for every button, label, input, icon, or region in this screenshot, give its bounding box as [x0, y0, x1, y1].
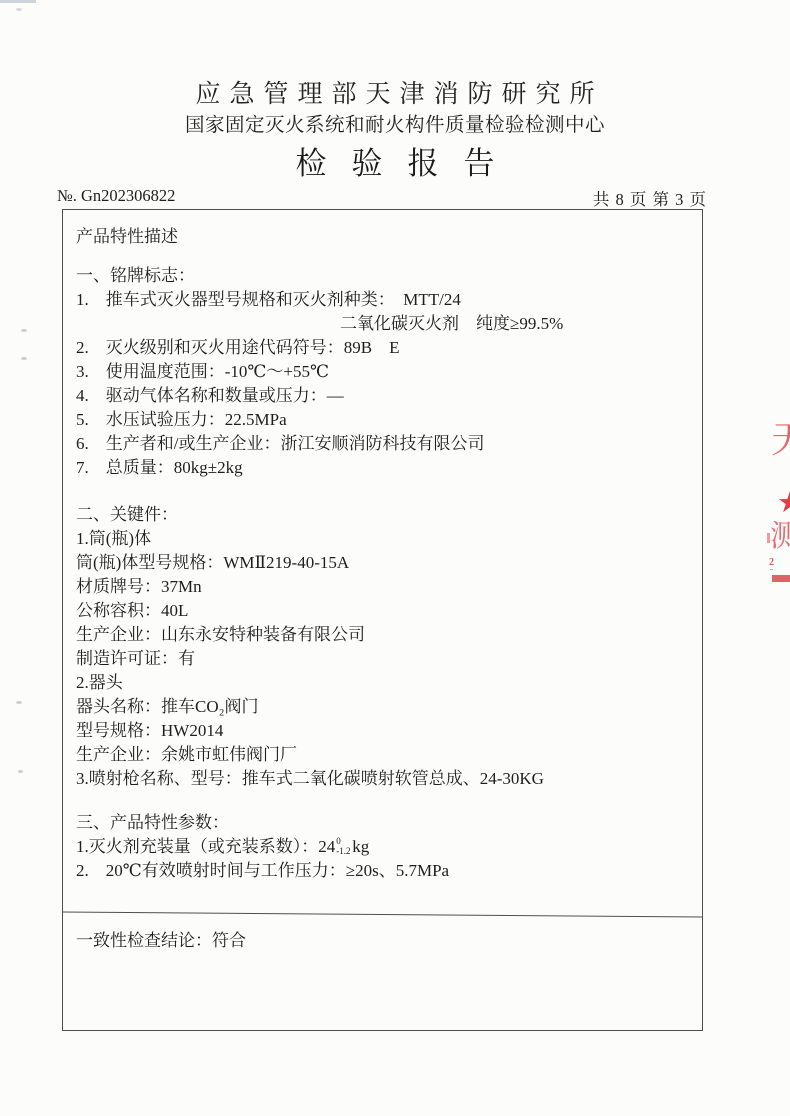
doc-line: 3.喷射枪名称、型号：推车式二氧化碳喷射软管总成、24-30KG — [76, 767, 696, 791]
scan-artifact — [21, 329, 27, 332]
doc-line: 2.器头 — [76, 671, 696, 695]
seal-char-tian: 天 — [771, 421, 790, 463]
doc-line: 1.筒(瓶)体 — [76, 527, 696, 551]
doc-line: 二氧化碳灭火剂 纯度≥99.5% — [76, 312, 696, 336]
doc-line: 7. 总质量：80kg±2kg — [76, 456, 696, 480]
doc-line: 6. 生产者和/或生产企业：浙江安顺消防科技有限公司 — [76, 432, 696, 456]
report-page: 应急管理部天津消防研究所 国家固定灭火系统和耐火构件质量检验检测中心 检验报告 … — [0, 0, 790, 1116]
seal-mark — [767, 533, 770, 543]
scan-artifact — [18, 770, 23, 773]
page-indicator: 共 8 页 第 3 页 — [593, 186, 707, 210]
report-title: 检验报告 — [0, 138, 790, 183]
seal-digits: 2 0 — [769, 557, 790, 570]
doc-line: 三、产品特性参数： — [76, 811, 696, 835]
divider-line — [62, 911, 703, 917]
doc-line: 2. 20℃有效喷射时间与工作压力：≥20s、5.7MPa — [76, 859, 696, 883]
doc-line: 型号规格：HW2014 — [76, 719, 696, 743]
center-name-line: 国家固定灭火系统和耐火构件质量检验检测中心 — [0, 109, 790, 137]
description-lines: 一、铭牌标志：1. 推车式灭火器型号规格和灭火剂种类： MTT/24二氧化碳灭火… — [76, 264, 696, 883]
seal-bar — [772, 575, 790, 582]
doc-line: 5. 水压试验压力：22.5MPa — [76, 408, 696, 432]
doc-line: 3. 使用温度范围：-10℃～+55℃ — [76, 360, 696, 384]
doc-line: 公称容积：40L — [76, 599, 696, 623]
meta-row: №. Gn202306822 共 8 页 第 3 页 — [57, 186, 707, 210]
box-section-title: 产品特性描述 — [76, 222, 178, 247]
seal-char-partial: 测 — [770, 521, 790, 555]
scan-artifact — [16, 8, 22, 11]
doc-line: 2. 灭火级别和灭火用途代码符号：89B E — [76, 336, 696, 360]
scan-artifact — [0, 0, 36, 3]
doc-line: 1.灭火剂充装量（或充装系数）：240-1.2kg — [76, 835, 696, 859]
doc-line: 4. 驱动气体名称和数量或压力：— — [76, 384, 696, 408]
doc-line: 制造许可证：有 — [76, 647, 696, 671]
conformity-conclusion: 一致性检查结论：符合 — [76, 926, 246, 951]
doc-line: 一、铭牌标志： — [76, 264, 696, 288]
doc-line: 筒(瓶)体型号规格：WMⅡ219-40-15A — [76, 551, 696, 575]
doc-line: 材质牌号：37Mn — [76, 575, 696, 599]
doc-line: 生产企业：余姚市虹伟阀门厂 — [76, 743, 696, 767]
doc-line: 生产企业：山东永安特种装备有限公司 — [76, 623, 696, 647]
org-name-line: 应急管理部天津消防研究所 — [0, 74, 790, 110]
doc-line: 1. 推车式灭火器型号规格和灭火剂种类： MTT/24 — [76, 288, 696, 312]
scan-artifact — [21, 357, 27, 360]
scan-artifact — [16, 701, 22, 704]
report-number: №. Gn202306822 — [57, 186, 175, 210]
product-description-box: 产品特性描述 一、铭牌标志：1. 推车式灭火器型号规格和灭火剂种类： MTT/2… — [62, 209, 703, 1031]
doc-line: 二、关键件： — [76, 503, 696, 527]
seal-star-icon: ★ — [777, 489, 790, 519]
doc-line: 器头名称：推车CO₂阀门 — [76, 695, 696, 719]
